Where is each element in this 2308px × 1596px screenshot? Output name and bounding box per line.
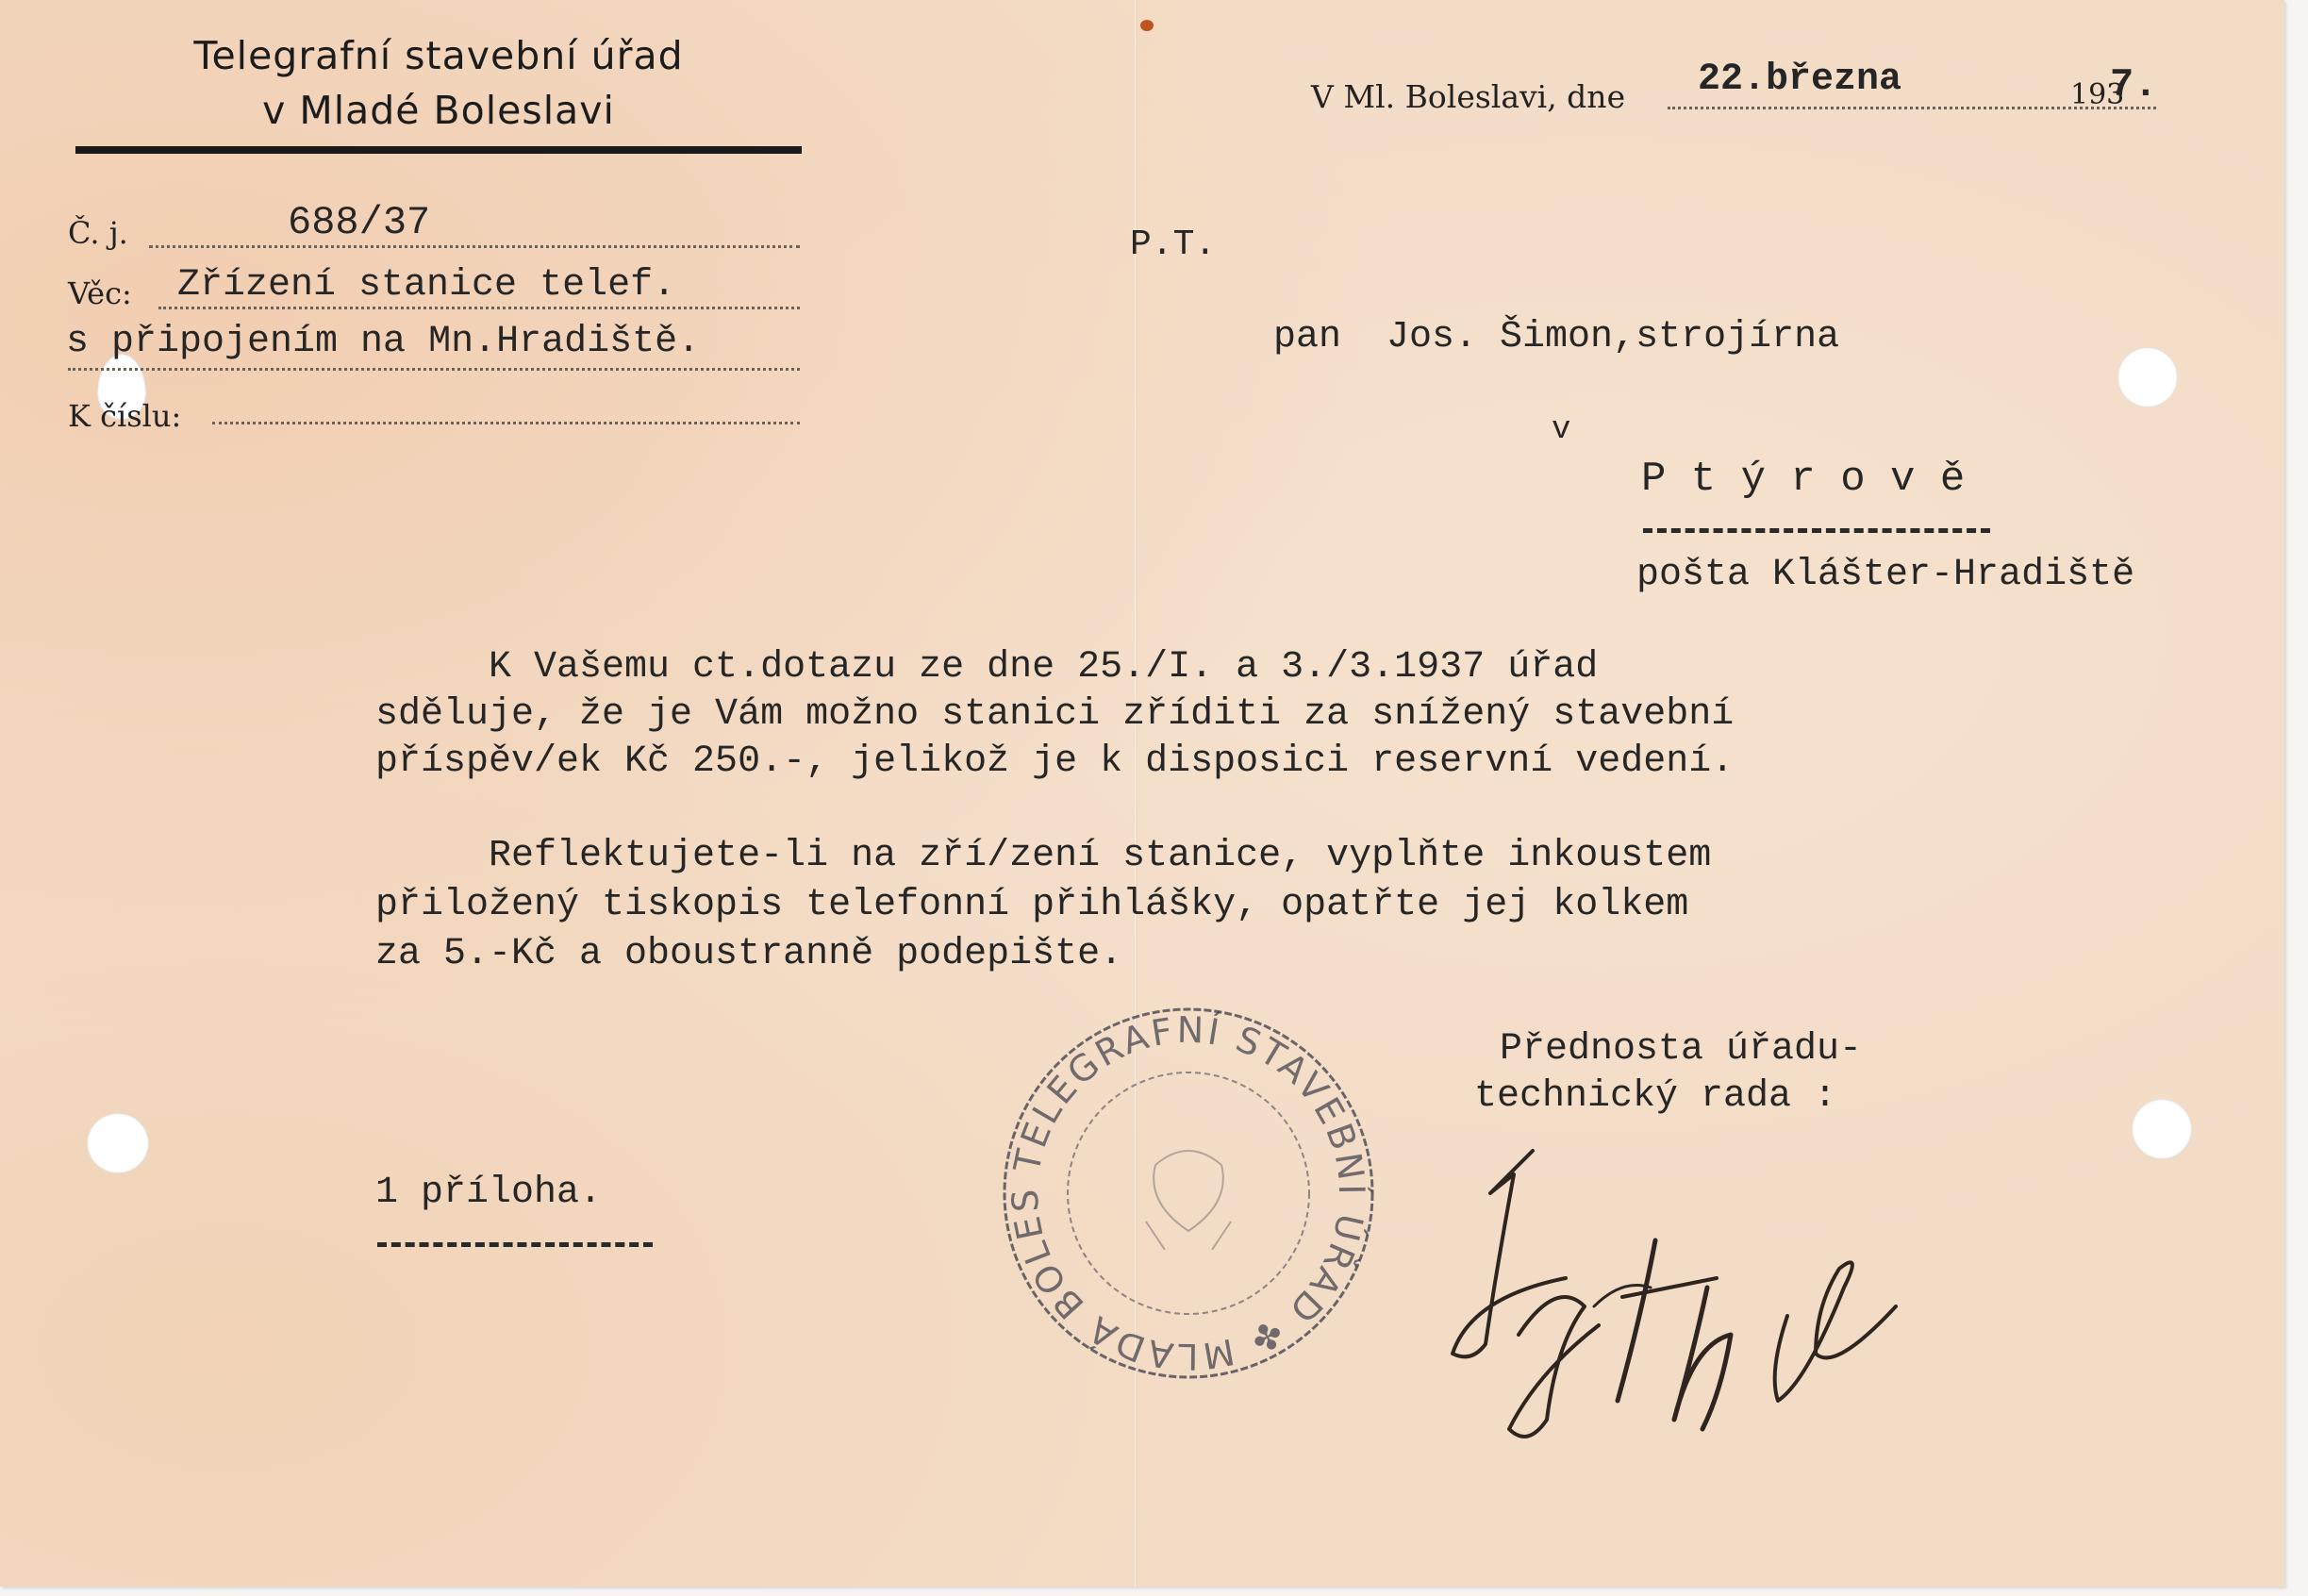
cj-label: Č. j.	[68, 215, 128, 251]
enclosure-underline	[377, 1242, 653, 1247]
dateline-place: V Ml. Boleslavi, dne	[1311, 78, 1625, 115]
vec-dots-1	[158, 307, 800, 309]
handwritten-signature	[1448, 1146, 1976, 1448]
body-p1-line3: příspěv/ek Kč 250.-, jelikož je k dispos…	[375, 740, 1734, 783]
letter-paper: Telegrafní stavební úřad v Mladé Bolesla…	[0, 0, 2284, 1587]
recipient-name: pan Jos. Šimon,strojírna	[1273, 316, 1839, 358]
body-p2-line1: Reflektujete-li na zří/zení stanice, vyp…	[375, 835, 1711, 877]
signatory-line2: technický rada :	[1474, 1075, 1836, 1118]
recipient-post: pošta Klášter-Hradiště	[1636, 554, 2134, 596]
date-day-month: 22.března	[1698, 58, 1901, 101]
vec-line1: Zřízení stanice telef.	[177, 264, 675, 307]
cj-value: 688/37	[288, 200, 430, 245]
letterhead-line2: v Mladé Boleslavi	[66, 83, 811, 138]
enclosure: 1 příloha.	[375, 1172, 602, 1214]
rust-spot	[1140, 20, 1154, 31]
letterhead-line1: Telegrafní stavební úřad	[66, 28, 811, 83]
body-p1-line1: K Vašemu ct.dotazu ze dne 25./I. a 3./3.…	[375, 646, 1598, 689]
svg-text:TELEGRAFNÍ STAVEBNÍ ÚŘAD ✤ MLA: TELEGRAFNÍ STAVEBNÍ ÚŘAD ✤ MLADÁ BOLESLA…	[995, 1005, 1372, 1377]
official-stamp: TELEGRAFNÍ STAVEBNÍ ÚŘAD ✤ MLADÁ BOLESLA…	[995, 1005, 1382, 1382]
stamp-text: TELEGRAFNÍ STAVEBNÍ ÚŘAD ✤ MLADÁ BOLESLA…	[995, 1005, 1372, 1377]
body-p1-line2: sděluje, že je Vám možno stanici zříditi…	[375, 693, 1734, 736]
punch-hole-right-top	[2117, 347, 2178, 407]
town-underline	[1643, 528, 1990, 533]
cj-dots	[149, 245, 800, 248]
body-p2-line2: přiložený tiskopis telefonní přihlášky, …	[375, 884, 1688, 926]
letterhead: Telegrafní stavební úřad v Mladé Bolesla…	[66, 28, 811, 138]
k-cislu-label: K číslu:	[68, 398, 181, 434]
recipient-salutation: P.T.	[1130, 224, 1216, 265]
date-year-suffix: 7.	[2110, 62, 2157, 108]
vec-dots-2	[68, 368, 800, 371]
punch-hole-right-bottom	[2132, 1099, 2192, 1159]
recipient-prep: v	[1552, 412, 1570, 448]
letterhead-rule	[75, 146, 802, 154]
punch-hole-left-bottom	[87, 1113, 149, 1173]
vec-label: Věc:	[68, 275, 132, 311]
signatory-line1: Přednosta úřadu-	[1500, 1028, 1862, 1071]
body-p2-line3: za 5.-Kč a oboustranně podepište.	[375, 933, 1122, 975]
k-cislu-dots	[212, 422, 800, 424]
vec-line2: s připojením na Mn.Hradiště.	[66, 321, 700, 363]
recipient-town: P t ý r o v ě	[1641, 456, 1965, 503]
